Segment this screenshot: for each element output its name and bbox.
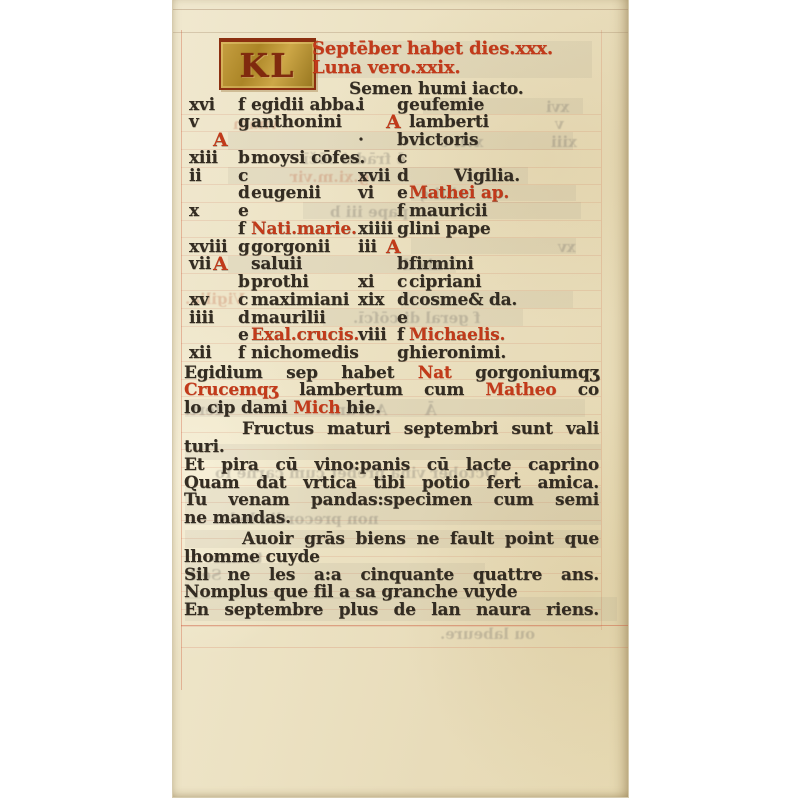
feast-name: victoris bbox=[409, 132, 478, 150]
feast-name: lini pape bbox=[409, 221, 490, 239]
dominical-letter: d bbox=[397, 292, 409, 310]
verse-text: co bbox=[556, 380, 599, 400]
verse-text: ne mandas. bbox=[184, 508, 291, 528]
month-heading-line1: Septēber habet dies.xxx. bbox=[312, 39, 602, 58]
rubric-word: Matheo bbox=[485, 380, 556, 400]
golden-number: iii bbox=[358, 239, 377, 257]
dominical-letter: c bbox=[397, 150, 407, 168]
golden-number: · bbox=[358, 132, 364, 150]
feast-name: cosme& da. bbox=[409, 292, 517, 310]
verse-text: lo cip dami bbox=[184, 398, 293, 418]
golden-number: i bbox=[358, 97, 364, 115]
verse-line: En septembre plus de lan naura riens. bbox=[184, 602, 599, 620]
verse-line: lo cip dami Mich hie. bbox=[184, 400, 599, 418]
month-heading: Septēber habet dies.xxx. Luna vero.xxix. bbox=[312, 39, 602, 77]
verse-line: turi. bbox=[184, 439, 599, 457]
verse-text: Fructus maturi septembri sunt vali bbox=[242, 419, 599, 439]
rubric-word: Mich bbox=[293, 398, 340, 418]
kl-monogram-initial: KL bbox=[219, 38, 316, 90]
verse-text: turi. bbox=[184, 437, 225, 457]
manuscript-leaf: xvivvnamxvii cxiiiē frādzi cōčīg.xi.m.vi… bbox=[173, 0, 628, 797]
text-ruling-line bbox=[181, 626, 601, 627]
ruling-line-top-2 bbox=[173, 32, 628, 33]
golden-number: vi bbox=[358, 185, 374, 203]
verse-line: Fructus maturi septembri sunt vali bbox=[184, 421, 599, 439]
verse-line: ne mandas. bbox=[184, 510, 599, 528]
verse-text: En septembre plus de lan naura riens. bbox=[184, 600, 599, 620]
dominical-letter: g bbox=[397, 345, 409, 363]
golden-number: viii bbox=[358, 327, 386, 345]
month-heading-line2: Luna vero.xxix. bbox=[312, 58, 602, 77]
ruling-line-bottom-2 bbox=[181, 647, 628, 648]
verse-text: hie. bbox=[340, 398, 380, 418]
feast-name: hieronimi. bbox=[409, 345, 506, 363]
calendar-row: ghieronimi. bbox=[173, 345, 628, 363]
photo-background: { "document": { "kl_monogram": "KL", "he… bbox=[0, 0, 800, 800]
ruling-line-top-1 bbox=[173, 9, 628, 10]
golden-number: xix bbox=[358, 292, 384, 310]
bleedthrough-fragment: ou labeure. bbox=[440, 625, 535, 643]
